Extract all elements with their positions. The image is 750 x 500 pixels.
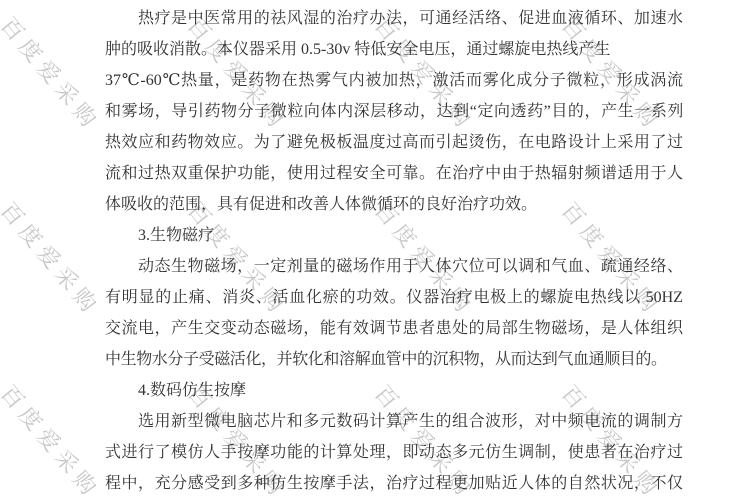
- text-line: 交流电，产生交变动态磁场，能有效调节患者患处的局部生物磁场，是人体组织: [105, 313, 683, 344]
- text-line: 选用新型微电脑芯片和多元数码计算产生的组合波形，对中频电流的调制方: [105, 406, 683, 437]
- text-line: 3.生物磁疗: [105, 220, 683, 251]
- text-line: 流和过热双重保护功能，使用过程安全可靠。在治疗中由于热辐射频谱适用于人: [105, 158, 683, 189]
- watermark-text: 百度爱采购: [0, 378, 108, 500]
- text-line: 中生物水分子受磁活化，并软化和溶解血管中的沉积物，从而达到气血通顺目的。: [105, 344, 683, 375]
- text-line: 4.数码仿生按摩: [105, 375, 683, 406]
- text-line: 有明显的止痛、消炎、活血化瘀的功效。仪器治疗电极上的螺旋电热线以 50HZ: [105, 282, 683, 313]
- text-line: 37℃-60℃热量，是药物在热雾气内被加热，激活而雾化成分子微粒，形成涡流: [105, 65, 683, 96]
- text-line: 式进行了模仿人手按摩功能的计算处理，即动态多元仿生调制，使患者在治疗过: [105, 437, 683, 468]
- text-line: 程中，充分感受到多种仿生按摩手法，治疗过程更加贴近人体的自然状况，不仅: [105, 468, 683, 499]
- text-line: 肿的吸收消散。本仪器采用 0.5-30v 特低安全电压，通过螺旋电热线产生: [105, 34, 683, 65]
- text-line: 动态生物磁场，一定剂量的磁场作用于人体穴位可以调和气血、疏通经络、: [105, 251, 683, 282]
- watermark-text: 百度爱采购: [0, 10, 108, 137]
- document-page: 百度爱采购百度爱采购百度爱采购百度爱采购百度爱采购百度爱采购百度爱采购百度爱采购…: [0, 0, 750, 500]
- text-line: 热效应和药物效应。为了避免极板温度过高而引起烫伤，在电路设计上采用了过: [105, 127, 683, 158]
- document-body: 热疗是中医常用的祛风湿的治疗办法，可通经活络、促进血液循环、加速水肿的吸收消散。…: [105, 3, 683, 499]
- watermark-text: 百度爱采购: [0, 195, 108, 322]
- text-line: 热疗是中医常用的祛风湿的治疗办法，可通经活络、促进血液循环、加速水: [105, 3, 683, 34]
- text-line: 体吸收的范围，具有促进和改善人体微循环的良好治疗功效。: [105, 189, 683, 220]
- text-line: 和雾场，导引药物分子微粒向体内深层移动，达到“定向透药”目的，产生一系列: [105, 96, 683, 127]
